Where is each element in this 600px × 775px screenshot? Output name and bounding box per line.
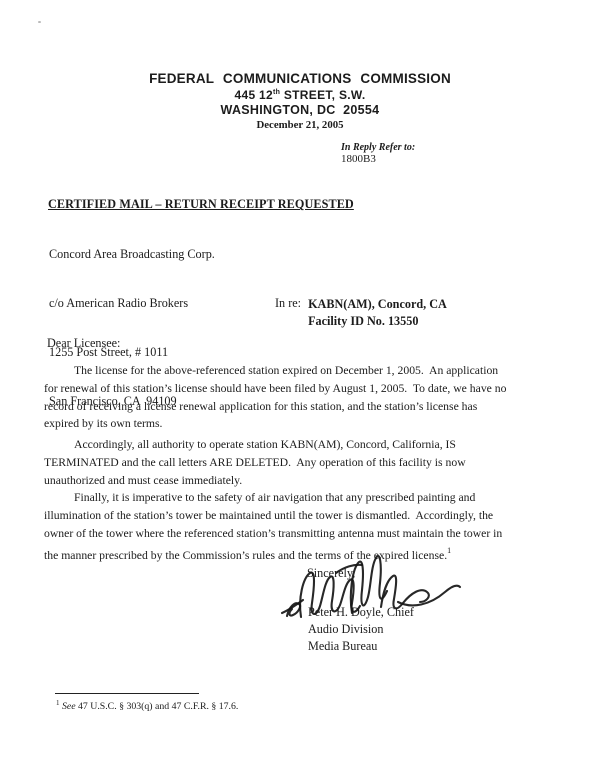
agency-street-line: 445 12th STREET, S.W.: [0, 88, 600, 102]
recipient-line: c/o American Radio Brokers: [49, 295, 215, 311]
signer-bureau: Media Bureau: [308, 638, 414, 655]
letter-page: FEDERAL COMMUNICATIONS COMMISSION 445 12…: [0, 0, 600, 775]
letter-date: December 21, 2005: [0, 119, 600, 131]
signer-name: Peter H. Doyle, Chief: [308, 604, 414, 621]
agency-city-line: WASHINGTON, DC 20554: [0, 103, 600, 117]
recipient-line: Concord Area Broadcasting Corp.: [49, 246, 215, 262]
subject-label: In re:: [275, 296, 301, 329]
subject-station: KABN(AM), Concord, CA: [308, 296, 447, 313]
salutation: Dear Licensee:: [47, 336, 120, 351]
subject-facility-id: Facility ID No. 13550: [308, 313, 447, 330]
footnote-separator: [55, 693, 199, 694]
signer-division: Audio Division: [308, 621, 414, 638]
scan-artifact: [38, 21, 41, 23]
agency-name: FEDERAL COMMUNICATIONS COMMISSION: [0, 71, 600, 86]
street-name: STREET, S.W.: [280, 88, 365, 102]
body-paragraph-2: Accordingly, all authority to operate st…: [44, 436, 466, 489]
body-paragraph-3: Finally, it is imperative to the safety …: [44, 489, 502, 565]
reply-refer-code: 1800B3: [341, 153, 376, 165]
street-number: 445 12: [235, 88, 274, 102]
mail-type-line: CERTIFIED MAIL – RETURN RECEIPT REQUESTE…: [48, 197, 354, 212]
subject-block: In re: KABN(AM), Concord, CA Facility ID…: [275, 296, 447, 329]
footnote: 1 See 47 U.S.C. § 303(q) and 47 C.F.R. §…: [56, 699, 238, 712]
closing-salutation: Sincerely,: [307, 566, 355, 581]
body-paragraph-1: The license for the above-referenced sta…: [44, 362, 506, 433]
footnote-see-italic: See: [60, 701, 76, 712]
reply-refer-label: In Reply Refer to:: [341, 142, 415, 153]
body-paragraph-3-text: Finally, it is imperative to the safety …: [44, 491, 502, 562]
footnote-citation: 47 U.S.C. § 303(q) and 47 C.F.R. § 17.6.: [76, 701, 239, 712]
signer-block: Peter H. Doyle, Chief Audio Division Med…: [308, 604, 414, 656]
footnote-reference-superscript: 1: [447, 546, 451, 555]
signer-initials-mark: [282, 600, 303, 616]
